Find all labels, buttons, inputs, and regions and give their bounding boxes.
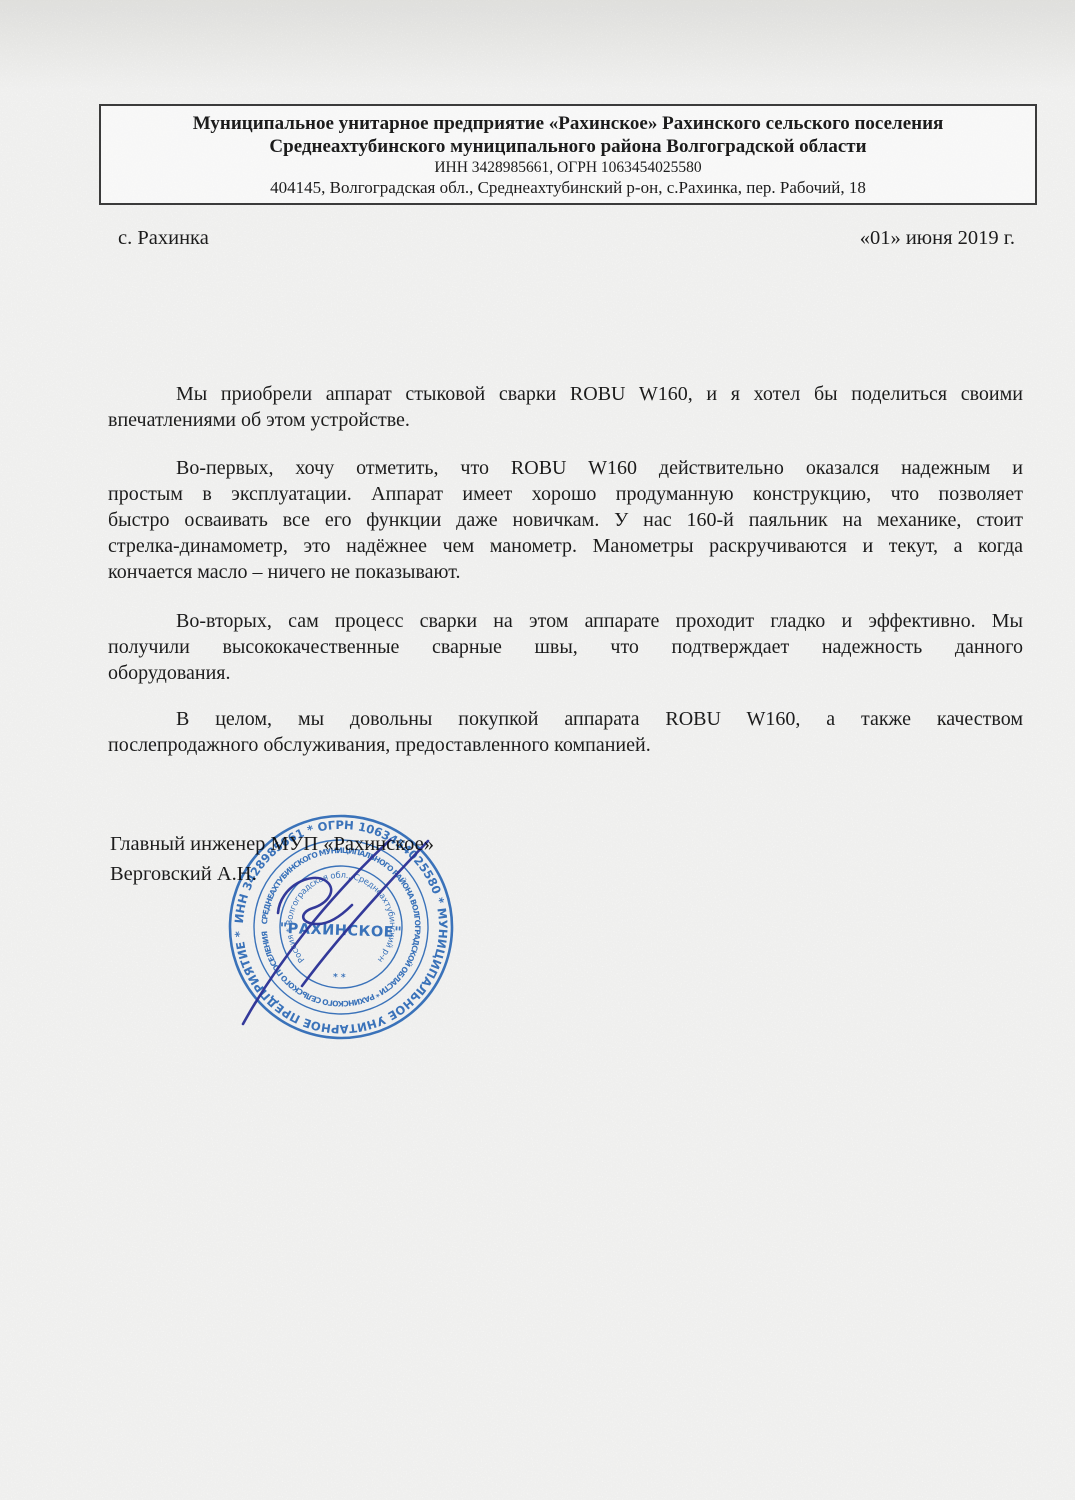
scanned-letter-page: Муниципальное унитарное предприятие «Рах…: [0, 0, 1075, 1500]
paragraph-line: быстро осваивать все его функции даже но…: [108, 507, 1023, 533]
date-label: «01» июня 2019 г.: [860, 227, 1015, 250]
paragraph-first-point: Во-первых, хочу отметить, что ROBU W160 …: [108, 455, 1023, 585]
org-name-line2: Среднеахтубинского муниципального района…: [107, 135, 1029, 158]
paragraph-conclusion: В целом, мы довольны покупкой аппарата R…: [108, 706, 1023, 758]
org-name-line1: Муниципальное унитарное предприятие «Рах…: [107, 112, 1029, 135]
paragraph-line: получили высококачественные сварные швы,…: [108, 634, 1023, 660]
paragraph-line: Во-первых, хочу отметить, что ROBU W160 …: [108, 455, 1023, 481]
paragraph-line: впечатлениями об этом устройстве.: [108, 407, 1023, 433]
paragraph-line: Мы приобрели аппарат стыковой сварки ROB…: [108, 381, 1023, 407]
paragraph-line: стрелка-динамометр, это надёжнее чем ман…: [108, 533, 1023, 559]
paragraph-line: кончается масло – ничего не показывают.: [108, 559, 1023, 585]
letterhead-box: Муниципальное унитарное предприятие «Рах…: [99, 104, 1037, 205]
place-date-row: с. Рахинка «01» июня 2019 г.: [118, 227, 1015, 250]
paragraph-intro: Мы приобрели аппарат стыковой сварки ROB…: [108, 381, 1023, 433]
paragraph-line: В целом, мы довольны покупкой аппарата R…: [108, 706, 1023, 732]
paragraph-second-point: Во-вторых, сам процесс сварки на этом ап…: [108, 608, 1023, 686]
paragraph-line: оборудования.: [108, 660, 1023, 686]
stamp-bottom-marks: * *: [333, 973, 346, 983]
paragraph-line: простым в эксплуатации. Аппарат имеет хо…: [108, 481, 1023, 507]
paragraph-line: Во-вторых, сам процесс сварки на этом ап…: [108, 608, 1023, 634]
org-inn-ogrn: ИНН 3428985661, ОГРН 1063454025580: [107, 158, 1029, 177]
org-address: 404145, Волгоградская обл., Среднеахтуби…: [107, 177, 1029, 198]
paragraph-line: послепродажного обслуживания, предоставл…: [108, 732, 1023, 758]
stamp-and-signature-overlay: ИНН 3428985661 * ОГРН 1063454025580 * МУ…: [200, 786, 482, 1068]
place-label: с. Рахинка: [118, 227, 209, 250]
